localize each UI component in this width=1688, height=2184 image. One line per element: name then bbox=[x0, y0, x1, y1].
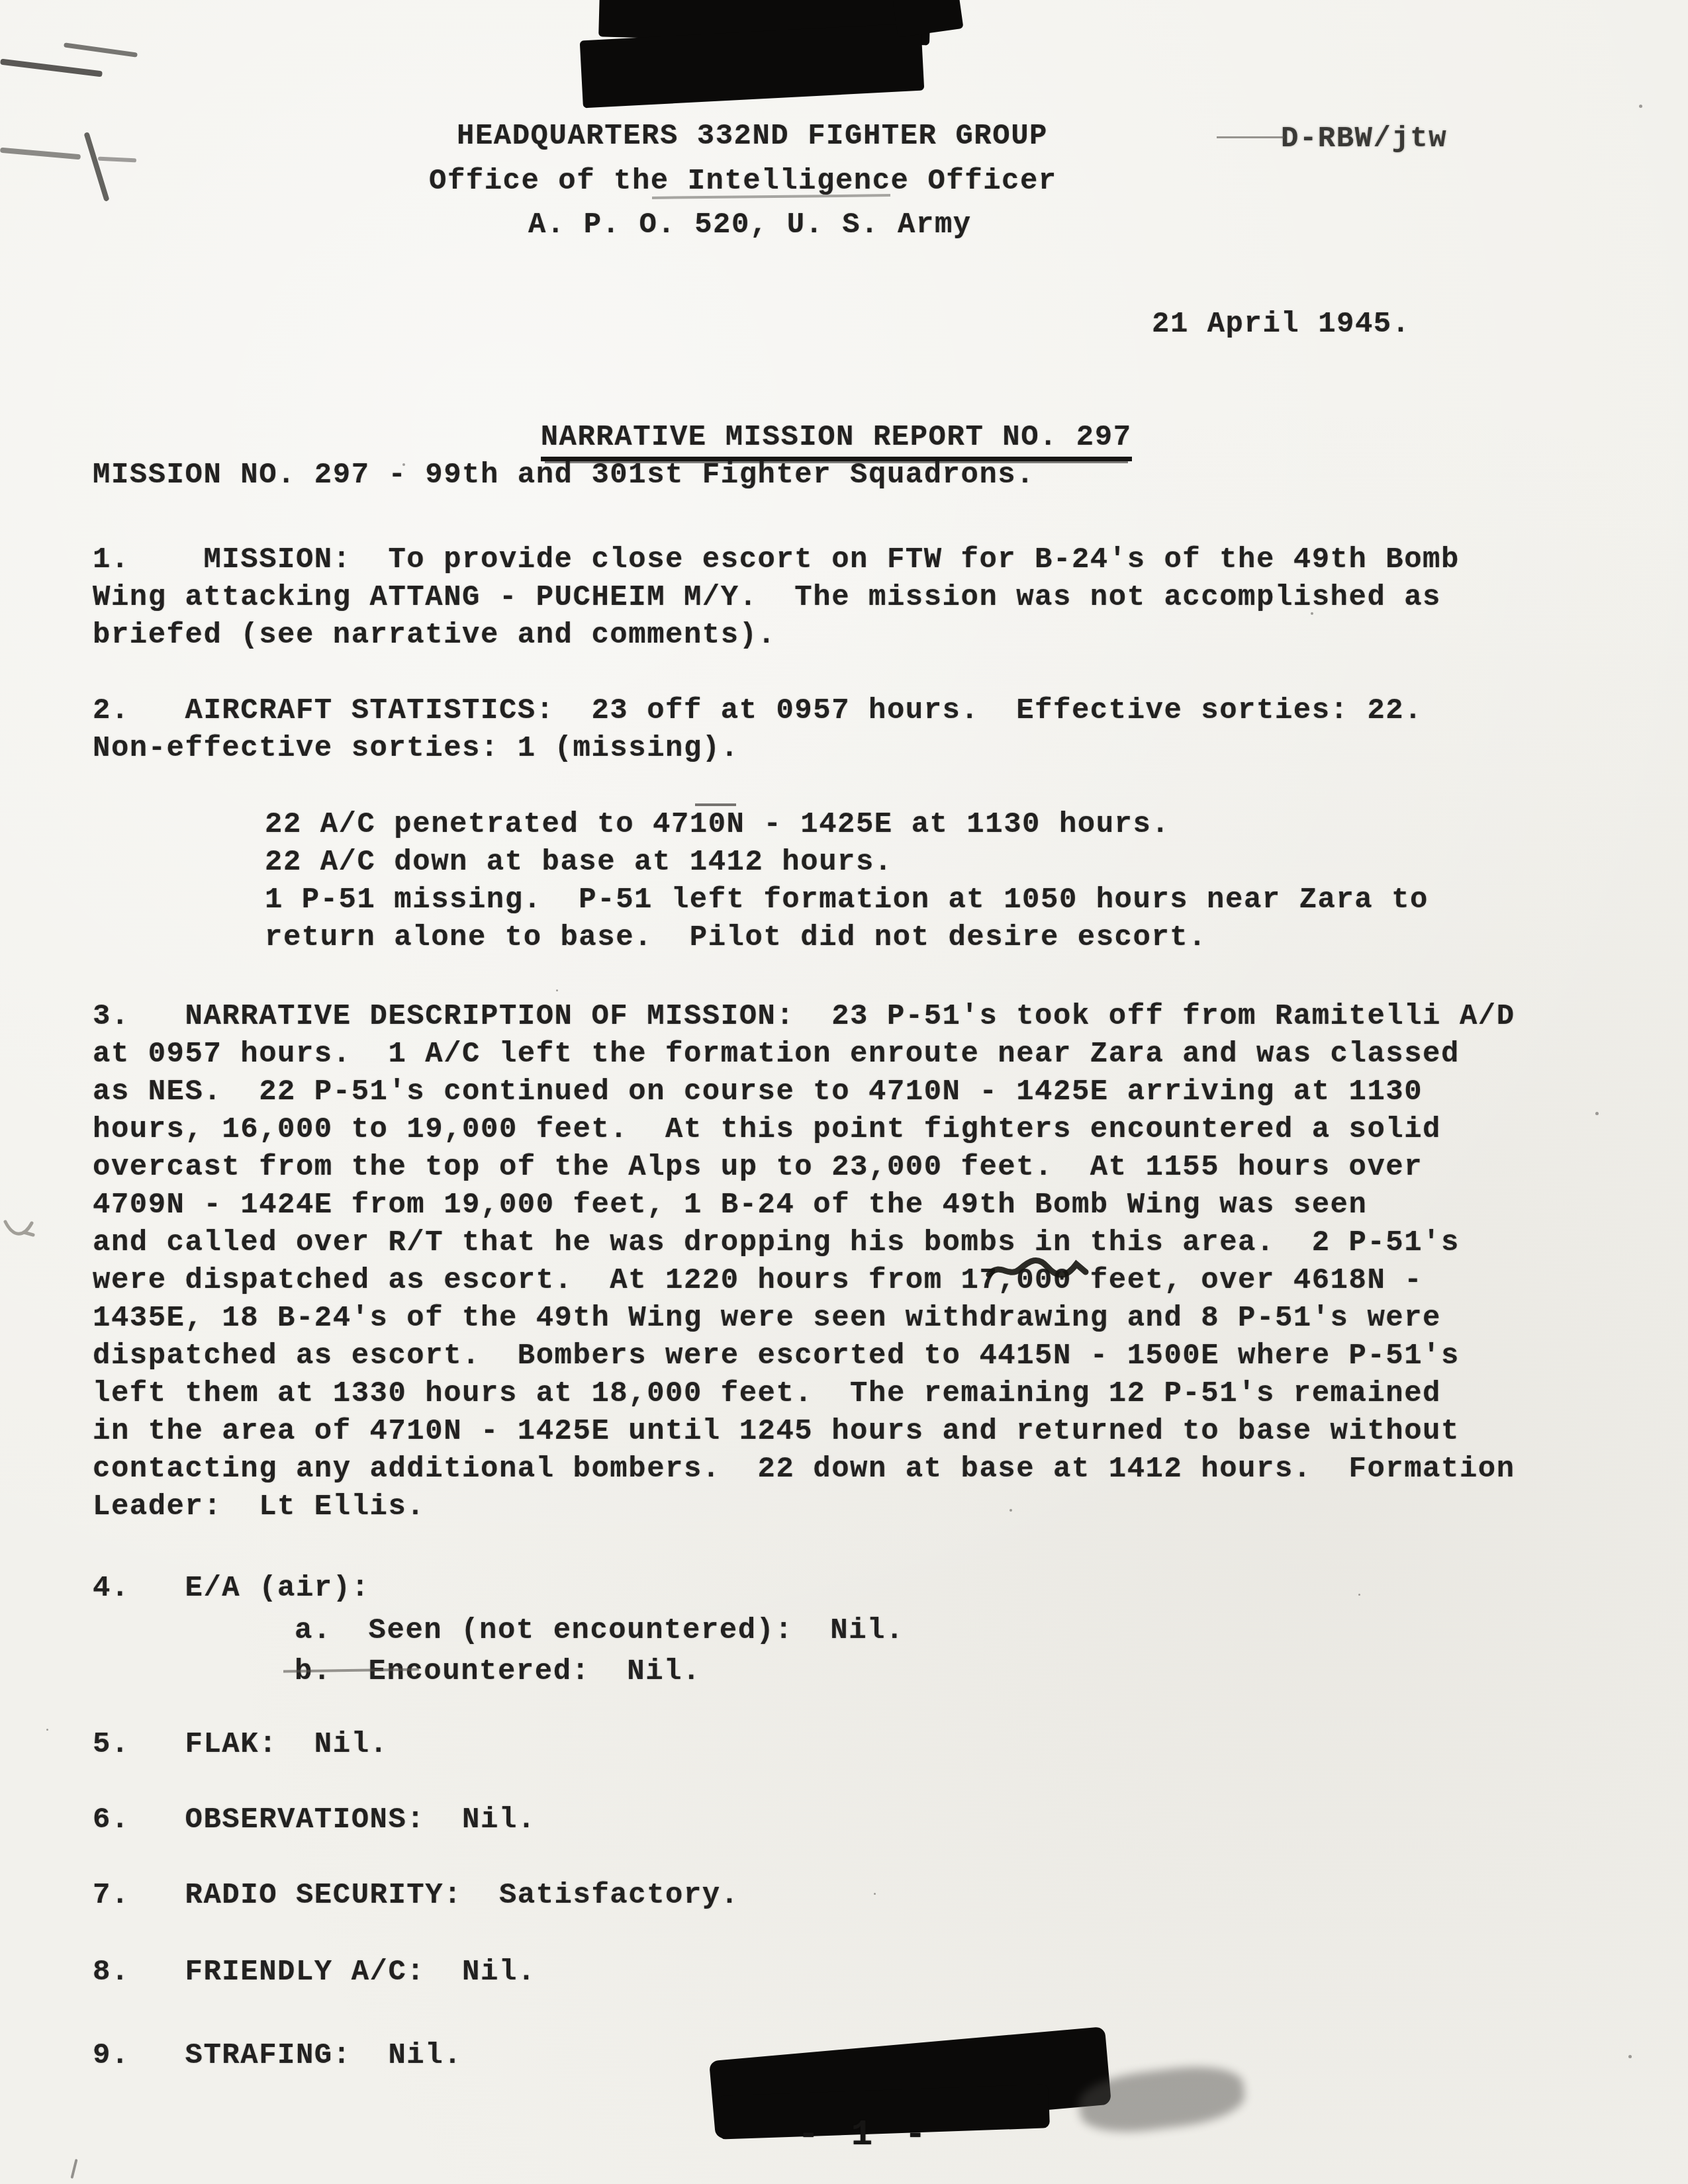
scribble-mark bbox=[986, 1250, 1105, 1289]
scanned-document-page: HEADQUARTERS 332ND FIGHTER GROUP D-RBW/j… bbox=[0, 0, 1688, 2184]
redaction-mark-top bbox=[892, 0, 963, 38]
page-number: - 1 - bbox=[798, 2115, 931, 2156]
item-ea-header: 4. E/A (air): bbox=[93, 1570, 370, 1608]
scan-speckle bbox=[402, 463, 405, 466]
item-radio-security: 7. RADIO SECURITY: Satisfactory. bbox=[93, 1877, 739, 1915]
scratch-mark bbox=[0, 59, 103, 77]
report-date: 21 April 1945. bbox=[1152, 306, 1411, 343]
scan-speckle bbox=[1009, 1509, 1012, 1512]
paragraph-aircraft-statistics: 2. AIRCRAFT STATISTICS: 23 off at 0957 h… bbox=[93, 692, 1602, 768]
item-observations: 6. OBSERVATIONS: Nil. bbox=[93, 1801, 536, 1839]
paragraph-narrative: 3. NARRATIVE DESCRIPTION OF MISSION: 23 … bbox=[93, 998, 1628, 1526]
scan-speckle bbox=[1595, 1112, 1599, 1115]
reference-initials: D-RBW/jtw bbox=[1281, 120, 1447, 158]
scratch-mark bbox=[98, 156, 136, 162]
scratch-mark bbox=[0, 148, 81, 160]
mission-number-line: MISSION NO. 297 - 99th and 301st Fighter… bbox=[93, 457, 1035, 494]
scan-speckle bbox=[1639, 105, 1642, 108]
item-strafing: 9. STRAFING: Nil. bbox=[93, 2037, 462, 2075]
overline-mark bbox=[695, 803, 736, 806]
scratch-mark bbox=[70, 2159, 77, 2179]
item-friendly-ac: 8. FRIENDLY A/C: Nil. bbox=[93, 1954, 536, 1991]
scratch-mark bbox=[1217, 136, 1284, 138]
pencil-mark bbox=[4, 1215, 34, 1242]
item-flak: 5. FLAK: Nil. bbox=[93, 1726, 388, 1764]
scratch-mark bbox=[64, 42, 138, 58]
scratch-mark bbox=[83, 132, 109, 202]
report-title-text: NARRATIVE MISSION REPORT NO. 297 bbox=[541, 421, 1132, 461]
scan-speckle bbox=[556, 989, 558, 991]
letterhead-line1: HEADQUARTERS 332ND FIGHTER GROUP bbox=[457, 118, 1048, 156]
scan-speckle bbox=[874, 1893, 876, 1895]
letterhead-line3: A. P. O. 520, U. S. Army bbox=[528, 206, 972, 244]
scan-speckle bbox=[1358, 1594, 1360, 1596]
item-ea-seen: a. Seen (not encountered): Nil. bbox=[295, 1612, 904, 1650]
paragraph-mission: 1. MISSION: To provide close escort on F… bbox=[93, 541, 1602, 655]
sortie-detail-block: 22 A/C penetrated to 4710N - 1425E at 11… bbox=[265, 806, 1622, 957]
scan-speckle bbox=[46, 1729, 48, 1731]
item-ea-encountered: b. Encountered: Nil. bbox=[295, 1653, 701, 1691]
scan-speckle bbox=[1311, 612, 1313, 615]
scan-speckle bbox=[1628, 2055, 1632, 2058]
